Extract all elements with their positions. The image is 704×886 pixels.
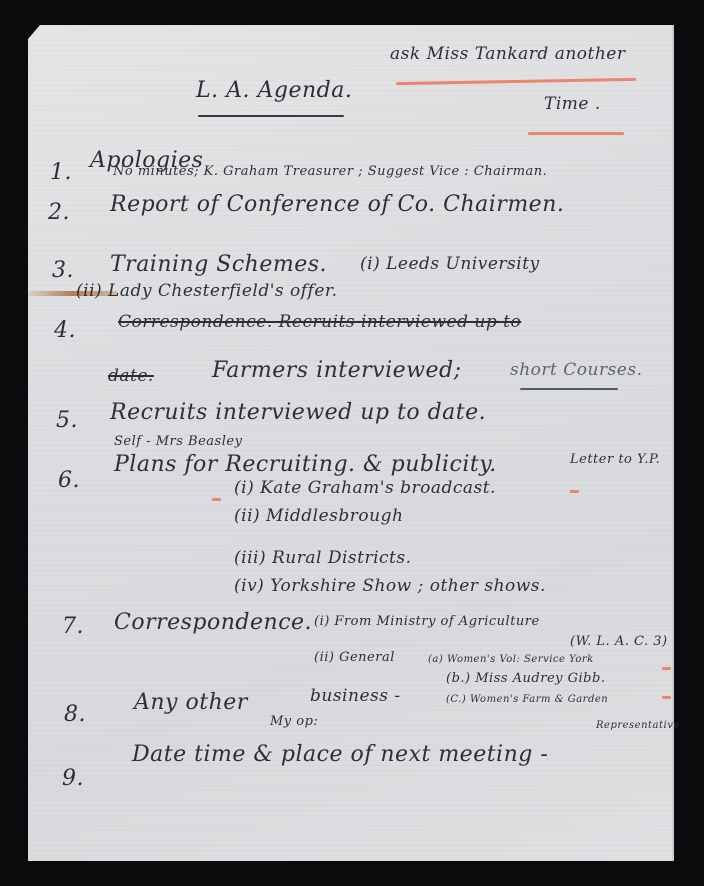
item-8-sub: My op: bbox=[270, 714, 318, 729]
item-9-label: Date time & place of next meeting - bbox=[132, 742, 548, 767]
item-6-sub-i: (i) Kate Graham's broadcast. bbox=[234, 478, 496, 498]
item-6-label: Plans for Recruiting. & publicity. bbox=[114, 452, 497, 477]
margin-note: ask Miss Tankard another bbox=[390, 44, 626, 64]
item-6-sub-iii: (iii) Rural Districts. bbox=[234, 548, 412, 568]
item-4-struck-text: Correspondence. Recruits interviewed up … bbox=[118, 312, 521, 332]
item-4-struck-date: date. bbox=[108, 366, 154, 386]
item-6-note: Letter to Y.P. bbox=[570, 452, 660, 467]
item-4-label: Farmers interviewed; bbox=[212, 358, 462, 383]
red-mark bbox=[212, 498, 221, 501]
item-7-sub-ii-c: (C.) Women's Farm & Garden bbox=[446, 694, 608, 705]
red-mark bbox=[662, 696, 671, 699]
agenda-title: L. A. Agenda. bbox=[196, 78, 352, 103]
item-8-number: 8. bbox=[64, 702, 86, 727]
item-6-sub-iv: (iv) Yorkshire Show ; other shows. bbox=[234, 576, 546, 596]
item-1-sub: No minutes; K. Graham Treasurer ; Sugges… bbox=[113, 164, 547, 179]
item-5-number: 5. bbox=[56, 408, 78, 433]
red-underline-2 bbox=[528, 132, 624, 135]
red-mark bbox=[662, 667, 671, 670]
item-7-sub-ii-a: (a) Women's Vol: Service York bbox=[428, 654, 594, 665]
red-mark bbox=[570, 490, 579, 493]
title-underline bbox=[198, 115, 344, 117]
item-1-number: 1. bbox=[50, 160, 72, 185]
item-7-sub-ii-b: (b.) Miss Audrey Gibb. bbox=[446, 671, 605, 686]
item-7-sub-ii-c2: Representative bbox=[596, 720, 680, 731]
item-8-label: Any other bbox=[134, 690, 248, 715]
item-2-label: Report of Conference of Co. Chairmen. bbox=[110, 192, 564, 217]
item-5-label: Recruits interviewed up to date. bbox=[110, 400, 486, 425]
item-7-label: Correspondence. bbox=[114, 610, 312, 635]
item-3-number: 3. bbox=[52, 258, 74, 283]
item-2-number: 2. bbox=[48, 200, 70, 225]
item-9-number: 9. bbox=[62, 766, 84, 791]
item-7-sub-i-note: (W. L. A. C. 3) bbox=[570, 634, 668, 649]
item-5-sub: Self - Mrs Beasley bbox=[114, 434, 242, 449]
item-7-sub-i: (i) From Ministry of Agriculture bbox=[314, 614, 540, 629]
item-4-note: short Courses. bbox=[510, 360, 643, 380]
item-7-number: 7. bbox=[62, 614, 84, 639]
item-7-sub-ii: (ii) General bbox=[314, 650, 395, 665]
item-6-number: 6. bbox=[58, 468, 80, 493]
item-3-label: Training Schemes. bbox=[110, 252, 327, 277]
short-courses-underline bbox=[520, 388, 618, 390]
item-8-label2: business - bbox=[310, 686, 401, 706]
item-3-sub-ii: (ii) Lady Chesterfield's offer. bbox=[76, 281, 338, 301]
item-6-sub-ii: (ii) Middlesbrough bbox=[234, 506, 403, 526]
margin-note-time: Time . bbox=[544, 94, 601, 114]
photo-stage: L. A. Agenda. ask Miss Tankard another T… bbox=[0, 0, 704, 886]
item-3-sub-i: (i) Leeds University bbox=[360, 254, 540, 274]
item-4-number: 4. bbox=[54, 318, 76, 343]
